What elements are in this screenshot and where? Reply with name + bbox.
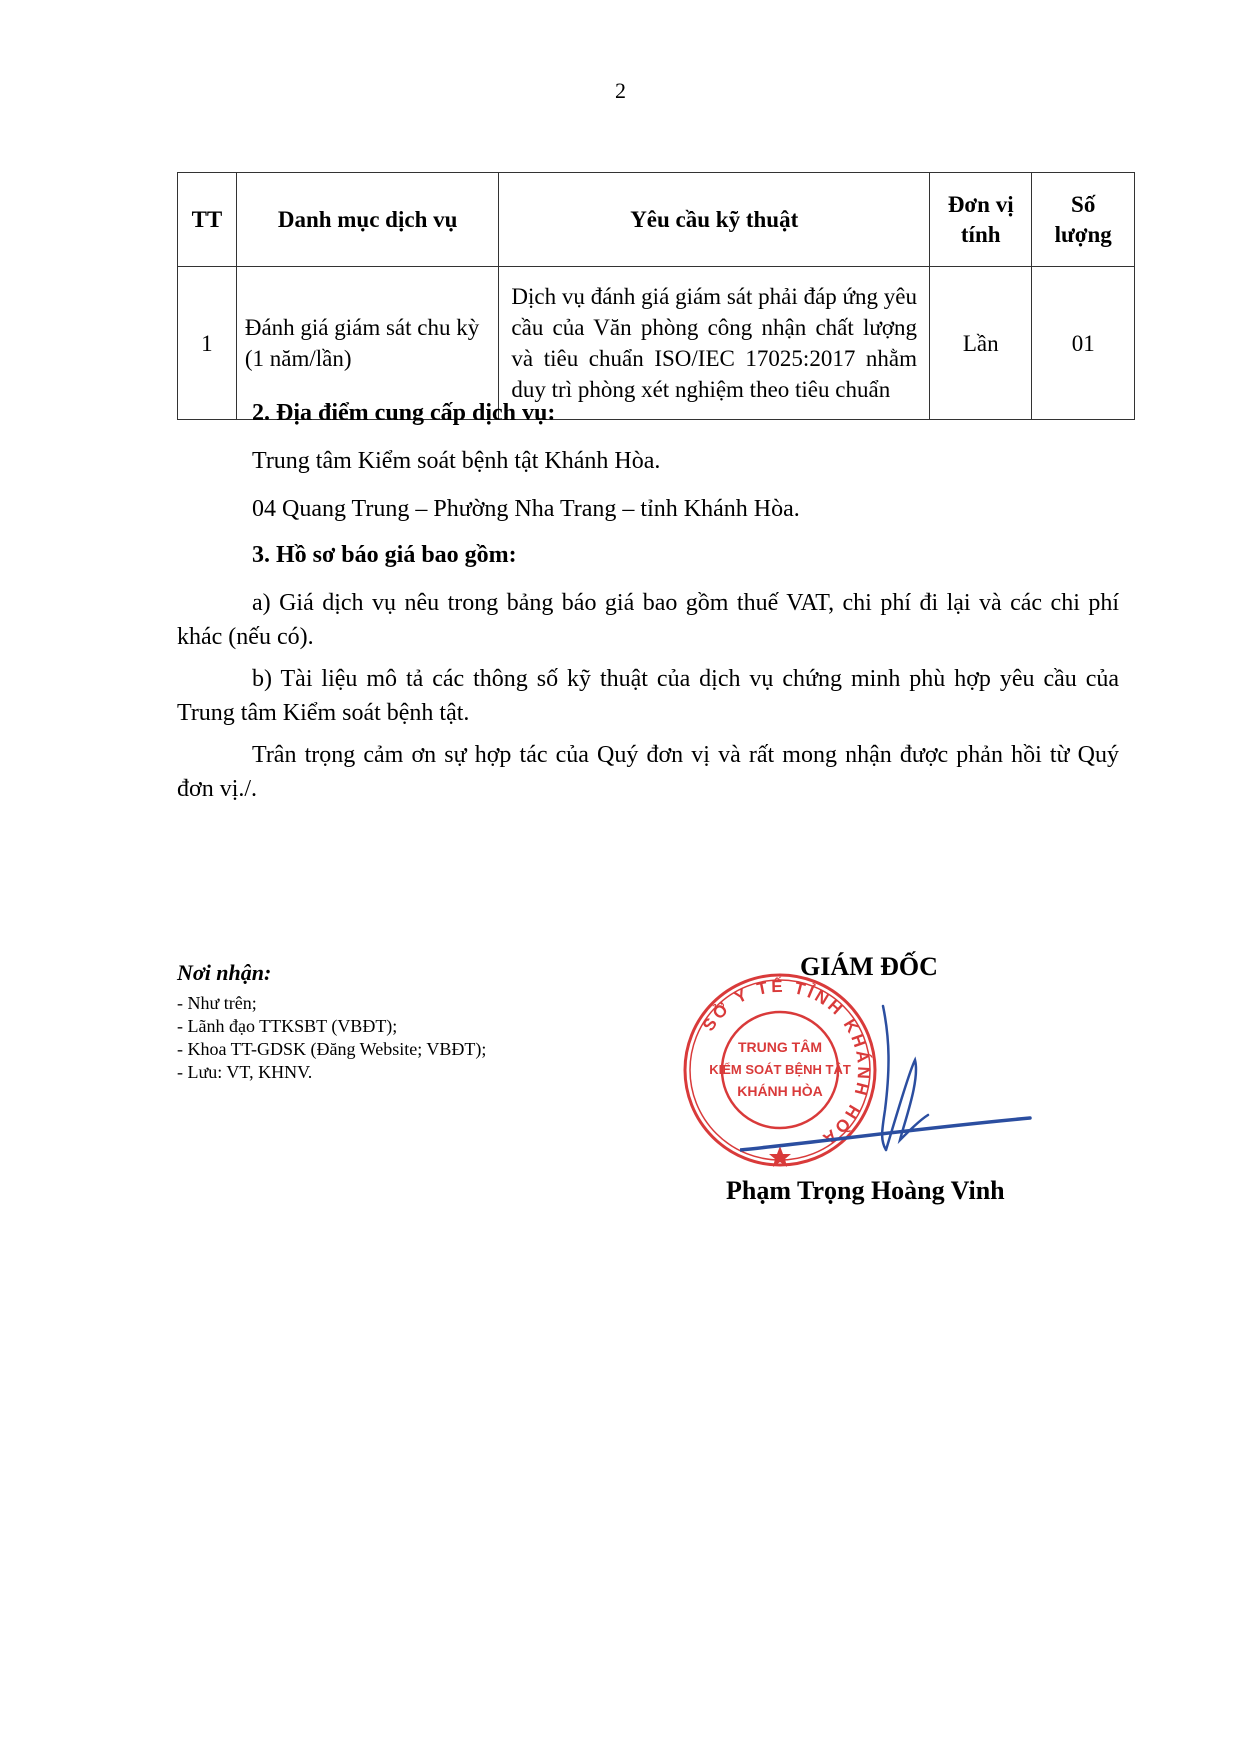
recipient-item: - Khoa TT-GDSK (Đăng Website; VBĐT);: [177, 1038, 486, 1061]
header-service: Danh mục dịch vụ: [236, 173, 499, 267]
signer-name: Phạm Trọng Hoàng Vinh: [726, 1176, 1005, 1206]
table-row: 1 Đánh giá giám sát chu kỳ (1 năm/lần) D…: [178, 267, 1135, 420]
recipient-item: - Lãnh đạo TTKSBT (VBĐT);: [177, 1015, 486, 1038]
cell-service: Đánh giá giám sát chu kỳ (1 năm/lần): [236, 267, 499, 420]
item-a: a) Giá dịch vụ nêu trong bảng báo giá ba…: [177, 586, 1119, 654]
closing-paragraph: Trân trọng cảm ơn sự hợp tác của Quý đơn…: [177, 738, 1119, 806]
item-b: b) Tài liệu mô tả các thông số kỹ thuật …: [177, 662, 1119, 730]
handwritten-signature-icon: [740, 1000, 1040, 1160]
location-name: Trung tâm Kiểm soát bệnh tật Khánh Hòa.: [252, 448, 660, 475]
header-tt: TT: [178, 173, 237, 267]
cell-quantity: 01: [1032, 267, 1135, 420]
section2-heading: 2. Địa điểm cung cấp dịch vụ:: [252, 400, 555, 427]
header-requirement: Yêu cầu kỹ thuật: [499, 173, 930, 267]
service-table: TT Danh mục dịch vụ Yêu cầu kỹ thuật Đơn…: [177, 172, 1135, 420]
recipient-item: - Lưu: VT, KHNV.: [177, 1061, 486, 1084]
recipients-block: Nơi nhận: - Như trên; - Lãnh đạo TTKSBT …: [177, 960, 486, 1084]
cell-tt: 1: [178, 267, 237, 420]
section3-heading: 3. Hồ sơ báo giá bao gồm:: [252, 542, 517, 569]
header-quantity: Số lượng: [1032, 173, 1135, 267]
cell-requirement: Dịch vụ đánh giá giám sát phải đáp ứng y…: [499, 267, 930, 420]
header-unit: Đơn vị tính: [930, 173, 1032, 267]
recipients-title: Nơi nhận:: [177, 960, 486, 986]
table-header-row: TT Danh mục dịch vụ Yêu cầu kỹ thuật Đơn…: [178, 173, 1135, 267]
page-number: 2: [0, 78, 1241, 104]
location-address: 04 Quang Trung – Phường Nha Trang – tỉnh…: [252, 496, 800, 523]
cell-unit: Lần: [930, 267, 1032, 420]
recipient-item: - Như trên;: [177, 992, 486, 1015]
